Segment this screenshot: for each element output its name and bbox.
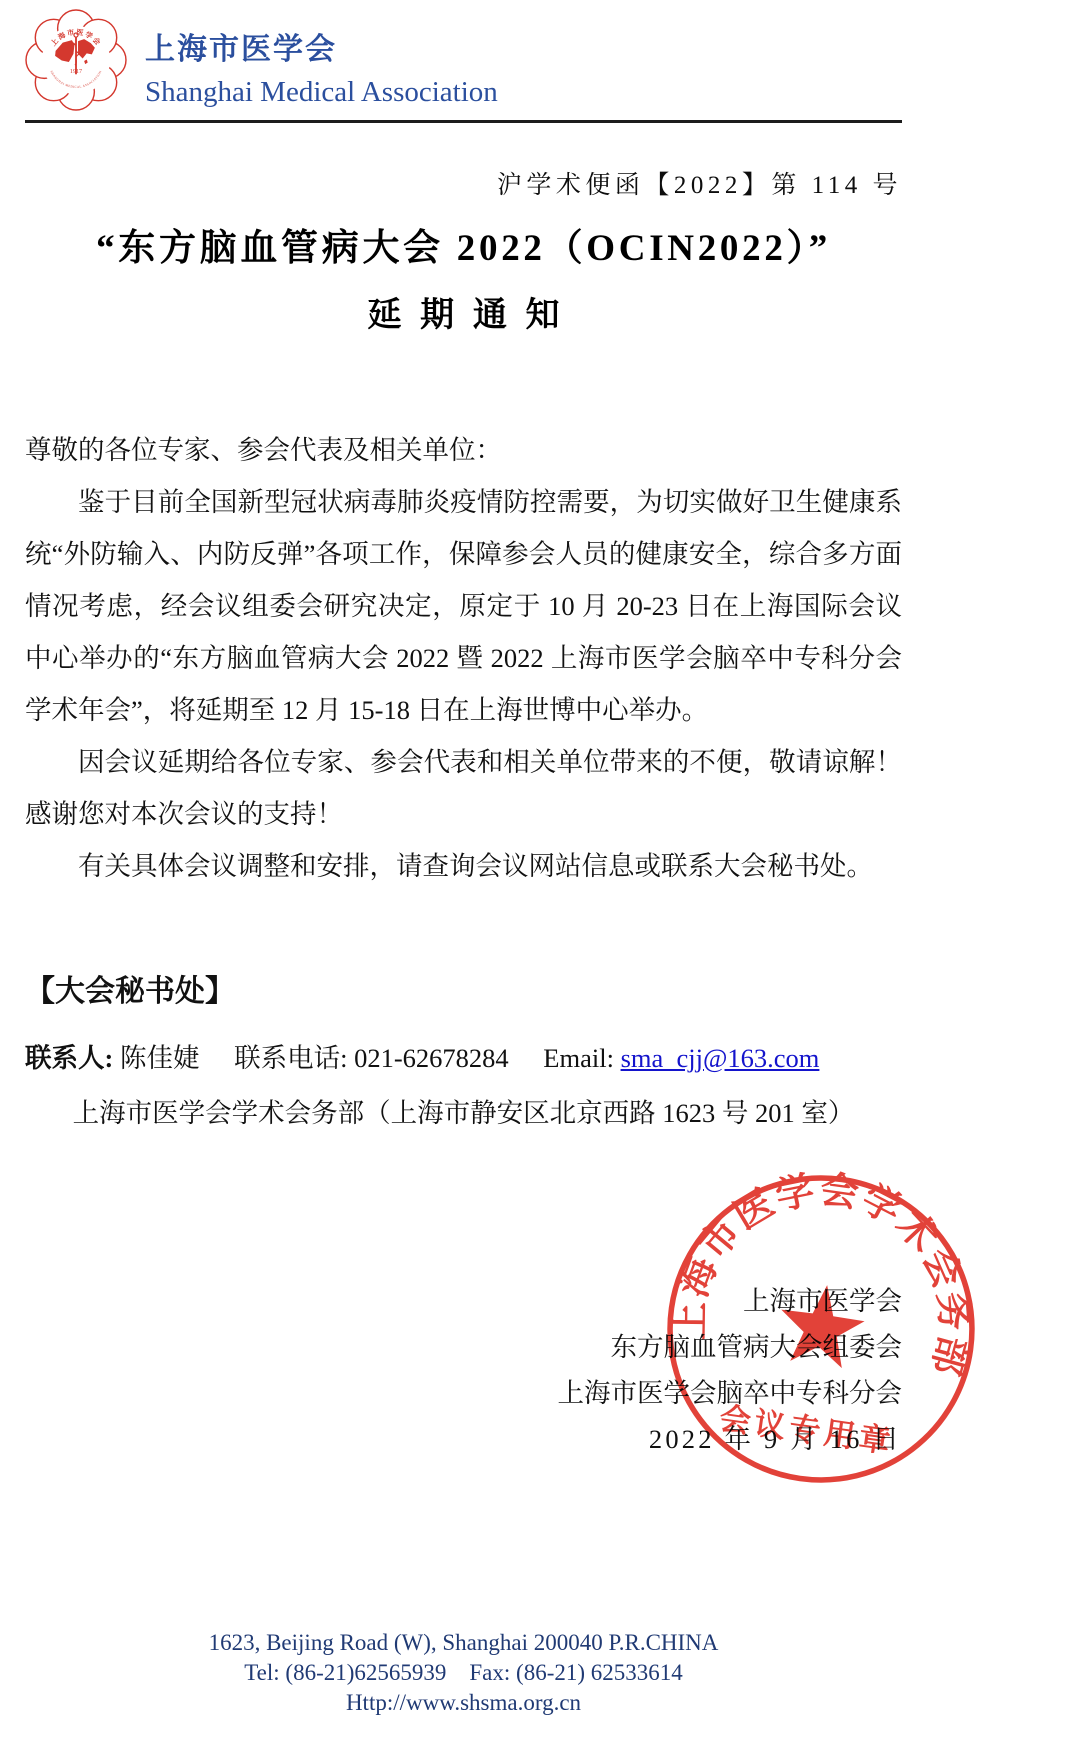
sma-logo: 1917 上海市医学会 SHANGHAI MEDICAL ASSOCIATION: [25, 8, 127, 112]
letterhead: 1917 上海市医学会 SHANGHAI MEDICAL ASSOCIATION…: [25, 8, 902, 112]
org-names: 上海市医学会 Shanghai Medical Association: [145, 8, 498, 109]
footer: 1623, Beijing Road (W), Shanghai 200040 …: [25, 1628, 902, 1718]
page-subtitle: 延期通知: [25, 287, 902, 336]
contact-name: 陈佳婕: [120, 1043, 200, 1073]
logo-year: 1917: [70, 69, 82, 75]
footer-address: 1623, Beijing Road (W), Shanghai 200040 …: [25, 1628, 902, 1658]
contact-label: 联系人:: [25, 1043, 113, 1073]
phone-label: 联系电话:: [234, 1043, 347, 1073]
doc-number: 沪学术便函【2022】第 114 号: [25, 165, 902, 201]
secretariat-address: 上海市医学会学术会务部（上海市静安区北京西路 1623 号 201 室）: [25, 1091, 902, 1130]
contact-line: 联系人: 陈佳婕 联系电话: 021-62678284 Email: sma_c…: [25, 1036, 902, 1075]
paragraph-2: 因会议延期给各位专家、参会代表和相关单位带来的不便，敬请谅解！感谢您对本次会议的…: [25, 736, 902, 840]
phone-number: 021-62678284: [354, 1043, 509, 1073]
signature-date: 2022 年 9 月 16 日: [25, 1416, 902, 1462]
salutation: 尊敬的各位专家、参会代表及相关单位：: [25, 424, 902, 476]
sma-logo-icon: 1917 上海市医学会 SHANGHAI MEDICAL ASSOCIATION: [25, 8, 127, 112]
paragraph-3: 有关具体会议调整和安排，请查询会议网站信息或联系大会秘书处。: [25, 840, 902, 892]
signature-line-1: 上海市医学会: [25, 1278, 902, 1324]
signature-line-2: 东方脑血管病大会组委会: [25, 1324, 902, 1370]
org-name-en: Shanghai Medical Association: [145, 76, 498, 109]
footer-website: Http://www.shsma.org.cn: [25, 1688, 902, 1718]
signature-block: 上海市医学会 东方脑血管病大会组委会 上海市医学会脑卒中专科分会 2022 年 …: [25, 1278, 902, 1462]
secretariat-heading: 【大会秘书处】: [25, 966, 902, 1010]
notice-document: 1917 上海市医学会 SHANGHAI MEDICAL ASSOCIATION…: [0, 0, 1080, 1738]
org-name-zh: 上海市医学会: [145, 24, 498, 68]
page-title: “东方脑血管病大会 2022（OCIN2022）”: [25, 217, 902, 271]
email-link[interactable]: sma_cjj@163.com: [621, 1043, 820, 1073]
email-label: Email:: [543, 1043, 614, 1073]
footer-tel-fax: Tel: (86-21)62565939 Fax: (86-21) 625336…: [25, 1658, 902, 1688]
paragraph-1: 鉴于目前全国新型冠状病毒肺炎疫情防控需要，为切实做好卫生健康系统“外防输入、内防…: [25, 476, 902, 736]
notice-body: 尊敬的各位专家、参会代表及相关单位： 鉴于目前全国新型冠状病毒肺炎疫情防控需要，…: [25, 424, 902, 892]
signature-line-3: 上海市医学会脑卒中专科分会: [25, 1370, 902, 1416]
header-divider: [25, 120, 902, 123]
